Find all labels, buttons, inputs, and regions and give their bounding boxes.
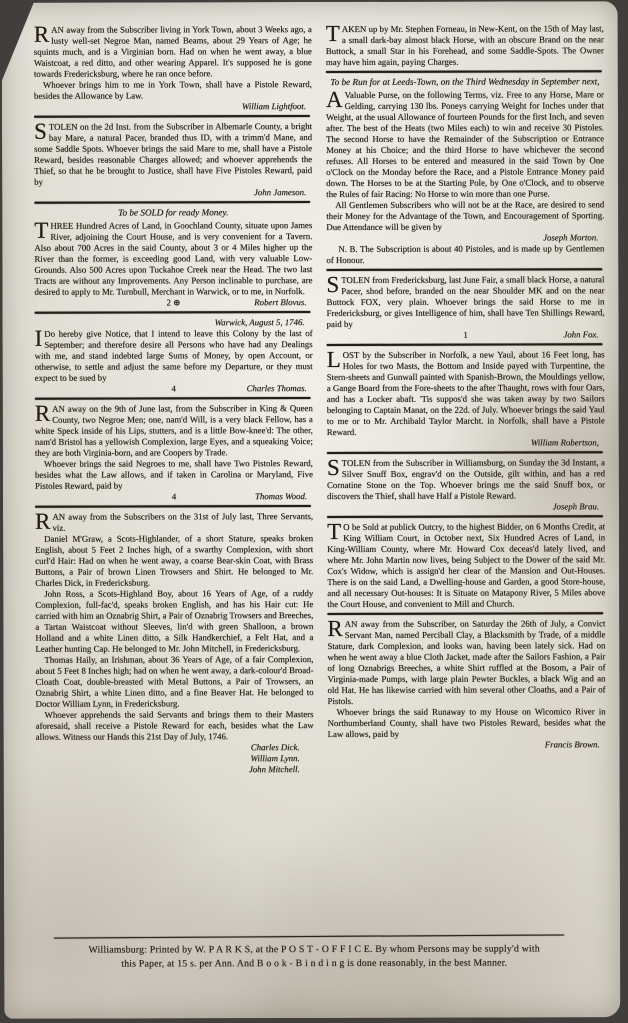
ad-dateline: Warwick, August 5, 1746. <box>34 316 312 328</box>
signature-list: Charles Dick. William Lynn. John Mitchel… <box>36 741 314 775</box>
drop-cap: S <box>34 122 49 141</box>
section-rule <box>326 268 602 271</box>
section-rule <box>34 201 310 204</box>
ad-body: RAN away from the Subscriber living in Y… <box>34 24 312 80</box>
ad-signature: John Jameson. <box>34 187 312 199</box>
drop-cap: R <box>327 618 344 637</box>
right-column: TAKEN up by Mr. Stephen Forneau, in New-… <box>326 23 606 932</box>
ad-body: LOST by the Subscriber in Norfolk, a new… <box>327 349 605 438</box>
signature-row: 1 John Fox. <box>327 329 605 341</box>
ad-text: HREE Hundred Acres of Land, in Goochland… <box>34 219 312 296</box>
ad-body: RAN away on the 9th of June last, from t… <box>35 402 313 458</box>
ad-columns: RAN away from the Subscriber living in Y… <box>34 23 606 932</box>
ad-body: AValuable Purse, on the following Terms,… <box>326 89 604 200</box>
ad-signature: Charles Dick. <box>36 742 300 754</box>
drop-cap: A <box>326 89 345 108</box>
ad-heading: To be Run for at Leeds-Town, on the Thir… <box>326 76 604 88</box>
servant-description-haily: Thomas Haily, an Irishman, about 36 Year… <box>35 653 313 709</box>
ad-body: STOLEN on the 2d Inst. from the Subscrib… <box>34 121 312 188</box>
drop-cap: T <box>327 521 343 540</box>
ad-text: Valuable Purse, on the following Terms, … <box>326 89 604 199</box>
ad-land-auction-kingwilliam: TO be Sold at publick Outcry, to the hig… <box>327 521 605 610</box>
ad-body: STOLEN from the Subscriber in Williamsbu… <box>327 457 605 502</box>
colophon-line-2: this Paper, at 15 s. per Ann. And B o o … <box>24 956 604 971</box>
section-rule <box>327 451 603 454</box>
ad-signature: Joseph Morton. <box>326 232 604 244</box>
ad-body: RAN away from the Subscriber, on Saturda… <box>327 618 605 707</box>
ad-text: All Gentlemen Subscribers who will not b… <box>326 199 604 233</box>
ad-runaway-convict-clay: RAN away from the Subscriber, on Saturda… <box>327 618 605 751</box>
section-rule <box>35 397 311 400</box>
section-rule <box>34 311 310 314</box>
ad-body: RAN away from the Subscribers on the 31s… <box>35 510 313 533</box>
ad-stolen-horse-fredericksburg: STOLEN from Fredericksburg, last June Fa… <box>326 274 604 341</box>
ad-signature: Robert Blovus. <box>180 296 312 307</box>
signature-row: 2 ⊕ Robert Blovus. <box>34 296 312 308</box>
ad-text: Whoever brings him to me in York Town, s… <box>34 79 312 102</box>
ad-text: OST by the Subscriber in Norfolk, a new … <box>327 349 605 437</box>
signature-row: 4 Thomas Wood. <box>35 490 313 502</box>
section-rule <box>327 515 603 518</box>
ad-text: AKEN up by Mr. Stephen Forneau, in New-K… <box>326 23 604 67</box>
ad-body: TAKEN up by Mr. Stephen Forneau, in New-… <box>326 23 604 68</box>
drop-cap: T <box>326 24 342 43</box>
newspaper-page: RAN away from the Subscriber living in Y… <box>2 1 621 1019</box>
left-column: RAN away from the Subscriber living in Y… <box>34 24 314 933</box>
section-rule <box>34 115 310 118</box>
colophon-line-1: Williamsburg: Printed by W. P A R K S, a… <box>24 942 604 957</box>
ad-notice-departure-warwick: Warwick, August 5, 1746. IDo hereby give… <box>34 316 312 394</box>
ad-text: AN away on the 9th of June last, from th… <box>35 402 313 457</box>
section-rule <box>327 612 603 615</box>
ad-signature: Charles Thomas. <box>176 382 313 393</box>
ad-runaway-three-servants: RAN away from the Subscribers on the 31s… <box>35 510 314 775</box>
ad-stolen-snuffbox-williamsburg: STOLEN from the Subscriber in Williamsbu… <box>327 457 605 513</box>
ad-text: AN away from the Subscribers on the 31st… <box>52 510 313 532</box>
drop-cap: T <box>34 220 50 239</box>
section-rule <box>327 343 603 346</box>
ad-land-sale-goochland: To be SOLD for ready Money. THREE Hundre… <box>34 207 312 308</box>
ad-stolen-mare-albemarle: STOLEN on the 2d Inst. from the Subscrib… <box>34 121 312 199</box>
ad-signature: John Fox. <box>468 329 605 340</box>
section-rule <box>35 505 311 508</box>
drop-cap: S <box>327 457 342 476</box>
ad-horse-race-leedstown: To be Run for at Leeds-Town, on the Thir… <box>326 76 604 265</box>
ad-heading: To be SOLD for ready Money. <box>34 207 312 219</box>
reward-paragraph: Whoever apprehends the said Servants and… <box>36 708 314 742</box>
signature-row: 4 Charles Thomas. <box>35 382 313 394</box>
ad-lost-yaul-norfolk: LOST by the Subscriber in Norfolk, a new… <box>327 349 605 449</box>
ad-text: AN away from the Subscriber, on Saturday… <box>327 618 605 706</box>
drop-cap: S <box>326 274 341 293</box>
ad-text: TOLEN on the 2d Inst. from the Subscribe… <box>34 121 312 187</box>
drop-cap: R <box>34 25 51 44</box>
nota-bene: N. B. The Subscription is about 40 Pisto… <box>326 243 604 266</box>
ad-text: Whoever brings the said Negroes to me, s… <box>35 457 313 491</box>
ad-body: THREE Hundred Acres of Land, in Goochlan… <box>34 219 312 297</box>
footer-rule <box>54 934 564 938</box>
ad-text: O be Sold at publick Outcry, to the high… <box>327 521 605 609</box>
ad-text: Whoever brings the said Runaway to my Ho… <box>328 706 606 740</box>
ad-body: IDo hereby give Notice, that I intend to… <box>35 327 313 383</box>
ad-signature: William Lightfoot. <box>34 101 312 113</box>
ad-body: STOLEN from Fredericksburg, last June Fa… <box>326 274 604 330</box>
drop-cap: R <box>35 511 52 530</box>
servant-description-mgraw: Daniel M'Graw, a Scots-Highlander, of a … <box>35 532 313 588</box>
ad-signature: John Mitchell. <box>36 764 300 776</box>
ad-text: TOLEN from the Subscriber in Williamsbur… <box>327 457 605 501</box>
ad-signature: William Lynn. <box>36 753 300 765</box>
drop-cap: R <box>35 403 52 422</box>
ad-text: AN away from the Subscriber living in Yo… <box>34 24 312 79</box>
drop-cap: I <box>35 328 45 347</box>
ad-text: Do hereby give Notice, that I intend to … <box>35 327 313 382</box>
ad-signature: Thomas Wood. <box>176 490 313 501</box>
drop-cap: L <box>327 349 343 368</box>
ad-runaway-yorktown: RAN away from the Subscriber living in Y… <box>34 24 312 113</box>
ad-taken-up-horse-newkent: TAKEN up by Mr. Stephen Forneau, in New-… <box>326 23 604 68</box>
ad-signature: William Robertson, <box>327 437 605 449</box>
printer-mark: 2 ⊕ <box>166 297 180 308</box>
colophon: Williamsburg: Printed by W. P A R K S, a… <box>24 942 604 971</box>
colophon-section: Williamsburg: Printed by W. P A R K S, a… <box>24 935 604 971</box>
ad-runaway-kingqueen: RAN away on the 9th of June last, from t… <box>35 402 313 502</box>
ad-body: TO be Sold at publick Outcry, to the hig… <box>327 521 605 610</box>
ad-signature: Joseph Brau. <box>327 501 605 513</box>
section-rule <box>326 70 602 73</box>
ad-text: TOLEN from Fredericksburg, last June Fai… <box>326 274 604 329</box>
servant-description-ross: John Ross, a Scots-Highland Boy, about 1… <box>35 587 313 654</box>
ad-signature: Francis Brown. <box>328 739 606 751</box>
